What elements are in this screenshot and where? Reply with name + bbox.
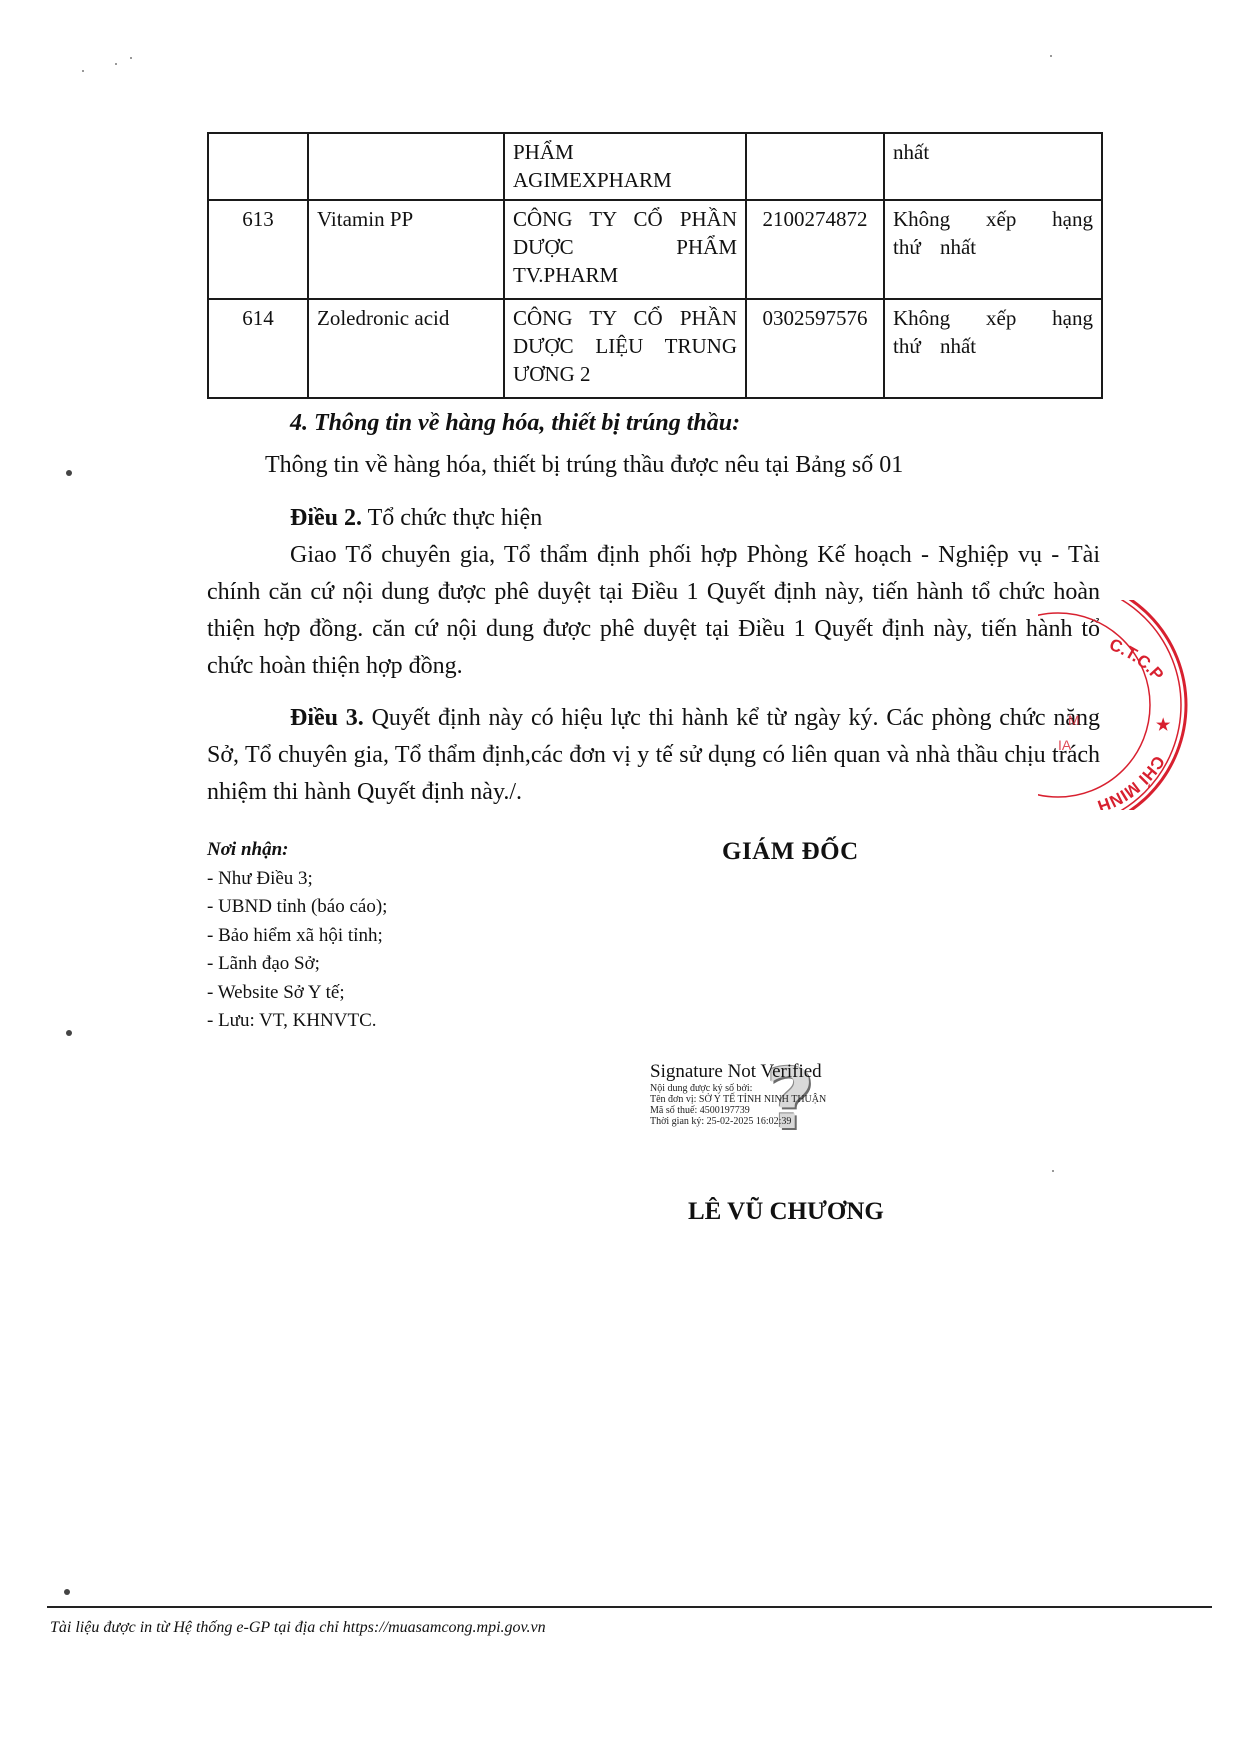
recipient-item: - Website Sở Y tế; (207, 979, 387, 1008)
scan-speck (115, 63, 117, 65)
article-2-heading: Điều 2. Tổ chức thực hiện (290, 500, 542, 537)
recipient-item: - Lưu: VT, KHNVTC. (207, 1007, 387, 1036)
cell-company: PHẨM AGIMEXPHARM (504, 133, 746, 200)
company-line: PHẨM (513, 138, 737, 166)
digital-signature-block[interactable]: ? Signature Not Verified Nội dung được k… (650, 1061, 880, 1127)
cell-company: CÔNG TY CỔ PHẦN DƯỢC LIỆU TRUNG ƯƠNG 2 (504, 299, 746, 398)
awarded-bidders-table: PHẨM AGIMEXPHARM nhất 613 Vitamin PP CÔN… (207, 132, 1103, 399)
section-4-heading: 4. Thông tin về hàng hóa, thiết bị trúng… (290, 410, 740, 437)
recipient-item: - Như Điều 3; (207, 865, 387, 894)
signer-title: GIÁM ĐỐC (722, 838, 859, 866)
scan-speck (1050, 55, 1052, 57)
article-3-label: Điều 3. (290, 705, 364, 731)
recipient-item: - Lãnh đạo Sở; (207, 950, 387, 979)
cell-number: 614 (208, 299, 308, 398)
table-row: 614 Zoledronic acid CÔNG TY CỔ PHẦN DƯỢC… (208, 299, 1102, 398)
section-4-text: Thông tin về hàng hóa, thiết bị trúng th… (265, 447, 903, 484)
recipients-title: Nơi nhận: (207, 836, 387, 865)
cell-number (208, 133, 308, 200)
cell-ranking: Không xếp hạng thứ nhất (884, 299, 1102, 398)
signature-time: Thời gian ký: 25-02-2025 16:02:39 (650, 1116, 880, 1127)
cell-tax-code: 0302597576 (746, 299, 884, 398)
signature-unit: Tên đơn vị: SỞ Y TẾ TỈNH NINH THUẬN (650, 1094, 880, 1105)
company-line: DƯỢC PHẨM (513, 233, 737, 261)
company-line: ƯƠNG 2 (513, 360, 737, 388)
footer-divider (47, 1606, 1212, 1608)
article-2-title: Tổ chức thực hiện (362, 505, 542, 531)
signature-status: Signature Not Verified (650, 1061, 880, 1083)
scan-speck (82, 70, 84, 72)
recipient-item: - Bảo hiểm xã hội tỉnh; (207, 922, 387, 951)
scan-speck (130, 57, 132, 59)
cell-tax-code (746, 133, 884, 200)
svg-text:★: ★ (1156, 717, 1171, 734)
signature-tax-code: Mã số thuế: 4500197739 (650, 1105, 880, 1116)
punch-hole-mark (66, 1030, 72, 1036)
scan-speck (1052, 1170, 1054, 1172)
company-line: CÔNG TY CỔ PHẦN (513, 205, 737, 233)
company-line: TV.PHARM (513, 261, 737, 289)
cell-ranking: Không xếp hạng thứ nhất (884, 200, 1102, 299)
table-row: PHẨM AGIMEXPHARM nhất (208, 133, 1102, 200)
table-row: 613 Vitamin PP CÔNG TY CỔ PHẦN DƯỢC PHẨM… (208, 200, 1102, 299)
signer-name: LÊ VŨ CHƯƠNG (688, 1198, 884, 1226)
cell-drug (308, 133, 504, 200)
recipient-item: - UBND tỉnh (báo cáo); (207, 893, 387, 922)
footer-source-note: Tài liệu được in từ Hệ thống e-GP tại đị… (50, 1619, 546, 1637)
company-line: DƯỢC LIỆU TRUNG (513, 332, 737, 360)
punch-hole-mark (66, 470, 72, 476)
company-line: CÔNG TY CỔ PHẦN (513, 304, 737, 332)
signature-signed-by-label: Nội dung được ký số bởi: (650, 1083, 880, 1094)
stamp-text-top: C.T.C.P (1107, 635, 1167, 684)
company-line: AGIMEXPHARM (513, 166, 737, 194)
punch-hole-mark (64, 1589, 70, 1595)
article-3: Điều 3. Quyết định này có hiệu lực thi h… (207, 700, 1100, 811)
article-2-label: Điều 2. (290, 505, 362, 531)
cell-drug: Zoledronic acid (308, 299, 504, 398)
stamp-text-bottom: CHÍ MINH (1095, 752, 1168, 810)
cell-ranking: nhất (884, 133, 1102, 200)
recipients-list: Nơi nhận: - Như Điều 3; - UBND tỉnh (báo… (207, 836, 387, 1036)
article-2-body: Giao Tổ chuyên gia, Tổ thẩm định phối hợ… (207, 537, 1100, 685)
cell-tax-code: 2100274872 (746, 200, 884, 299)
cell-number: 613 (208, 200, 308, 299)
cell-drug: Vitamin PP (308, 200, 504, 299)
article-2-text: Giao Tổ chuyên gia, Tổ thẩm định phối hợ… (207, 542, 1100, 679)
cell-company: CÔNG TY CỔ PHẦN DƯỢC PHẨM TV.PHARM (504, 200, 746, 299)
